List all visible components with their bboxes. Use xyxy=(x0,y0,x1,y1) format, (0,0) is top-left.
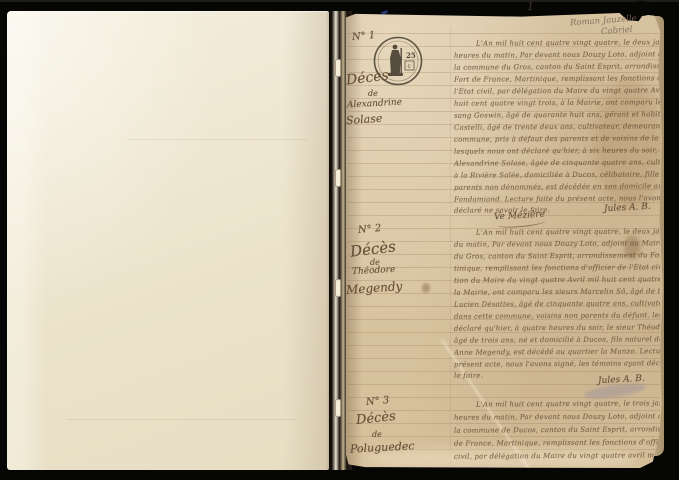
act-text-line: L'An mil huit cent quatre vingt quatre, … xyxy=(476,227,660,236)
act-text-line: la commune du Gros, canton du Saint Espr… xyxy=(454,62,660,71)
blue-pencil-mark xyxy=(381,10,389,15)
act-text-line: Anne Megendy, est décédé au quartier la … xyxy=(454,347,660,356)
svg-text:c: c xyxy=(408,63,412,70)
register-scan: 25 c N° 1 Décès de Alexandrine Solase L'… xyxy=(0,0,679,480)
act-text-line: du Gros, canton du Saint Esprit, arrondi… xyxy=(454,251,660,260)
register-right-page: 25 c N° 1 Décès de Alexandrine Solase L'… xyxy=(346,13,664,468)
act-text-line: dans cette commune, voisins non parents … xyxy=(454,311,660,320)
act-text-line: Lucien Désattes, âgé de cinquante quatre… xyxy=(454,299,660,308)
act-text-line: Alexandrine Solase, âgée de cinquante qu… xyxy=(454,158,660,167)
act-text-line: sang Goswin, âgé de quarante huit ans, g… xyxy=(454,110,660,119)
page-edge-tear xyxy=(630,1,654,16)
page-number: 1 xyxy=(527,0,534,13)
svg-text:25: 25 xyxy=(406,51,416,60)
binding-stitch xyxy=(335,279,341,297)
act-text-line: la Mairie, ont comparu les sieurs Marcel… xyxy=(454,287,660,296)
act-particle: de xyxy=(372,430,382,439)
act-text-line: huit cent quatre vingt trois, à la Mairi… xyxy=(454,98,660,107)
act-text-line: L'An mil huit cent quatre vingt quatre, … xyxy=(476,399,660,408)
act-text-line: présent acte, nous l'avons signé, les té… xyxy=(454,359,660,368)
act-text-line: du matin, Par devant nous Douzy Loto, ad… xyxy=(454,239,660,248)
act-text-line: lesquels nous ont déclaré qu'hier, à six… xyxy=(454,146,660,155)
act-text-line: âgé de trois ans, né et domicilié à Duco… xyxy=(454,335,660,344)
deceased-surname: Solase xyxy=(346,112,383,128)
blank-left-page xyxy=(7,11,329,470)
act-number: N° 1 xyxy=(352,30,376,43)
paper-crease xyxy=(127,139,307,140)
act-text-line: Castelli, âgé de trente deux ans, cultiv… xyxy=(454,122,660,131)
act-text-line: déclaré qu'hier, à quatre heures du soir… xyxy=(454,323,660,332)
act-text-line: civil, par délégation du Maire du vingt … xyxy=(454,451,660,460)
paper-crease xyxy=(67,419,297,420)
act-text-line: à la Rivière Salée, domiciliée à Ducos, … xyxy=(454,170,660,179)
act-text-line: l'État civil, par délégation du Maire du… xyxy=(454,86,660,95)
act-text-line: parents non dénommés, est décédée en son… xyxy=(454,182,660,191)
margin-crease xyxy=(450,27,451,468)
act-text-line: heures du matin, Par devant nous Douzy L… xyxy=(454,50,660,59)
act-text-line: de France, Martinique, remplissant les f… xyxy=(454,438,660,447)
act-text-line: Fort de France, Martinique, remplissant … xyxy=(454,74,660,83)
act-text-line: tinique, remplissant les fonctions d'off… xyxy=(454,263,660,272)
act-particle: de xyxy=(368,89,378,98)
binding-stitch xyxy=(335,59,341,77)
act-text-line: heures du matin, Par devant nous Douzy L… xyxy=(454,412,660,421)
act-number: N° 2 xyxy=(358,223,382,236)
act-number: N° 3 xyxy=(366,395,390,408)
act-text-line: L'An mil huit cent quatre vingt quatre, … xyxy=(476,38,660,47)
binding-stitch xyxy=(335,399,341,417)
ink-spot xyxy=(422,283,430,293)
act-text-line: commune, pris à défaut des parents et de… xyxy=(454,134,660,143)
act-text-line: la commune de Ducos, canton du Saint Esp… xyxy=(454,425,660,434)
act-text-line: tion du Maire du vingt quatre Avril mil … xyxy=(454,275,660,284)
binding-stitch xyxy=(335,169,341,187)
